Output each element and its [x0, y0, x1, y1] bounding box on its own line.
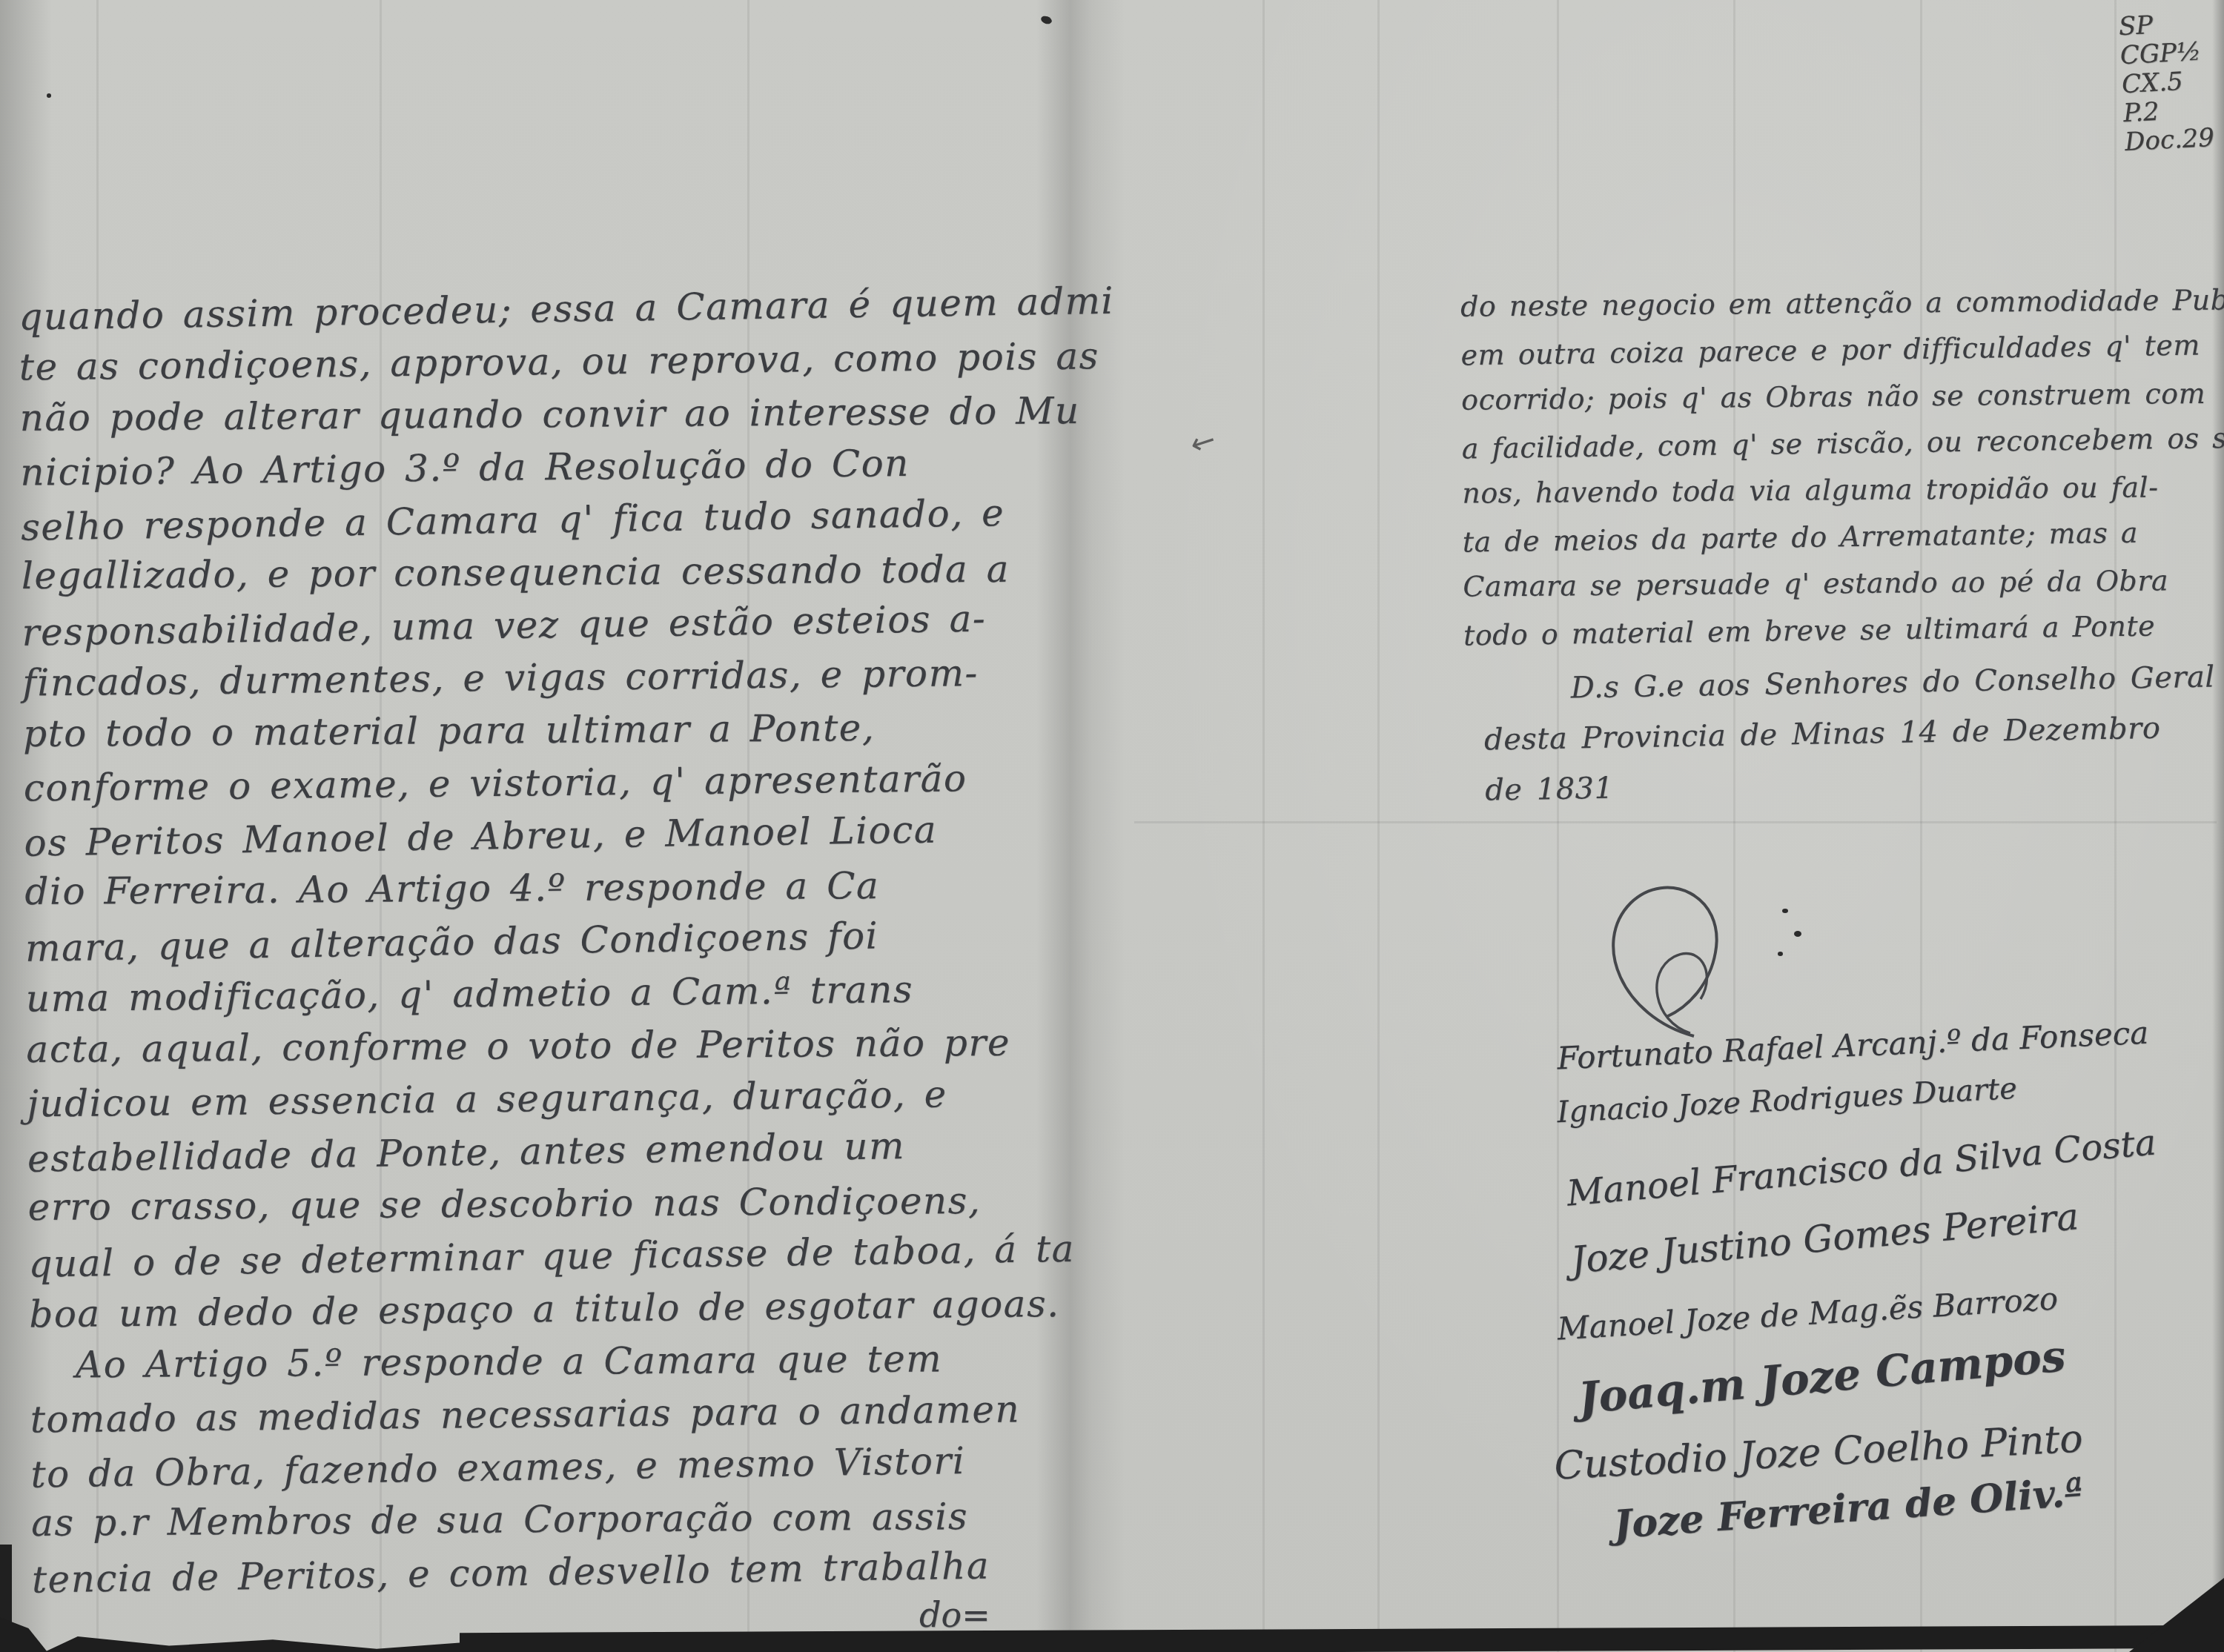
crease-line	[1920, 0, 1922, 1652]
ink-speck	[1778, 952, 1783, 956]
stamp-line: Doc.29	[2124, 124, 2215, 157]
manuscript-line: nos, havendo toda via alguma tropidão ou…	[1462, 463, 2224, 517]
manuscript-line: todo o material em breve se ultimará a P…	[1463, 602, 2224, 660]
manuscript-line: pto todo o material para ultimar a Ponte…	[23, 700, 1091, 760]
stamp-line: CX.5	[2121, 66, 2212, 99]
margin-arrow-mark: ←	[1186, 422, 1220, 462]
scan-corner-dark	[2129, 1570, 2224, 1652]
ink-speck	[1040, 15, 1053, 26]
signature-line: Joze Justino Gomes Pereira	[1569, 1195, 2080, 1282]
manuscript-line: a facilidade, com q' se riscão, ou recon…	[1461, 415, 2224, 473]
ink-speck	[47, 93, 51, 98]
crease-line	[1377, 0, 1380, 1652]
manuscript-line: Camara se persuade q' estando ao pé da O…	[1463, 557, 2224, 610]
scan-corner-dark	[0, 1610, 474, 1652]
scan-left-edge-dark	[0, 1545, 12, 1652]
catchword: do=	[919, 1595, 990, 1635]
manuscript-line: do neste negocio em attenção a commodida…	[1460, 276, 2224, 330]
scan-bottom-edge	[460, 1625, 2224, 1652]
manuscript-line: acta, aqual, conforme o voto de Peritos …	[26, 1016, 1093, 1076]
signature-line: Ignacio Joze Rodrigues Duarte	[1556, 1072, 2018, 1129]
signature-rubric	[1579, 875, 1801, 1049]
crease-line	[2114, 0, 2117, 1652]
crease-line	[1557, 0, 1559, 1652]
closing-block: D.s G.e aos Senhores do Conselho Geral d…	[1483, 651, 2217, 815]
manuscript-line: ta de meios da parte do Arrematante; mas…	[1462, 508, 2224, 566]
signature-line: Joaq.m Joze Campos	[1576, 1330, 2068, 1423]
stamp-line: CGP½	[2119, 37, 2211, 70]
crease-line	[1134, 821, 2217, 823]
manuscript-line: não pode alterar quando convir ao intere…	[19, 385, 1087, 445]
manuscript-scan: SP CGP½ CX.5 P.2 Doc.29 quando assim pro…	[0, 0, 2224, 1652]
manuscript-line: Ao Artigo 5.º responde a Camara que tem	[76, 1332, 1097, 1392]
right-edge-shadow	[2212, 0, 2224, 1652]
ink-speck	[1794, 931, 1801, 937]
right-page-text: do neste negocio em attenção a commodida…	[1460, 276, 2224, 657]
manuscript-line: em outra coiza parece e por difficuldade…	[1460, 322, 2224, 379]
archival-stamp: SP CGP½ CX.5 P.2 Doc.29	[2118, 8, 2215, 157]
torn-paper-edge	[44, 1636, 460, 1652]
left-page-text: quando assim procedeu; essa a Camara é q…	[19, 278, 1100, 1605]
manuscript-line: ocorrido; pois q' as Obras não se constr…	[1461, 370, 2224, 423]
crease-line	[1262, 0, 1265, 1652]
ink-speck	[1782, 909, 1788, 913]
